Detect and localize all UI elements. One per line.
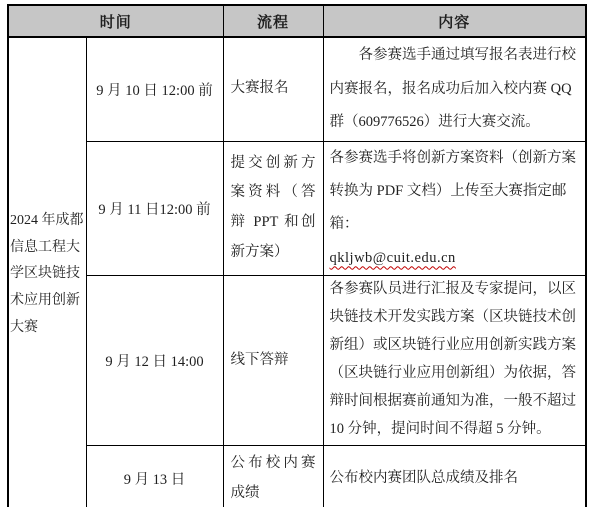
process-cell: 提交创新方案资料（答辩 PPT 和创新方案） [223, 141, 323, 275]
column-header-process: 流程 [223, 5, 323, 37]
table-row-submission: 9 月 11 日12:00 前 提交创新方案资料（答辩 PPT 和创新方案） 各… [8, 141, 586, 275]
time-cell: 9 月 10 日 12:00 前 [86, 37, 223, 141]
column-header-content: 内容 [323, 5, 586, 37]
schedule-table: 时间 流程 内容 2024 年成都信息工程大学区块链技术应用创新大赛 9 月 1… [7, 4, 587, 507]
email-address: qkljwb@cuit.edu.cn [330, 242, 580, 275]
time-cell: 9 月 13 日 [86, 445, 223, 507]
content-cell: 各参赛队员进行汇报及专家提问，以区块链技术开发实践方案（区块链技术创新组）或区块… [323, 275, 586, 445]
process-cell: 公布校内赛成绩 [223, 445, 323, 507]
time-cell: 9 月 12 日 14:00 [86, 275, 223, 445]
content-cell: 各参赛选手通过填写报名表进行校内赛报名，报名成功后加入校内赛 QQ 群（6097… [323, 37, 586, 141]
process-cell: 线下答辩 [223, 275, 323, 445]
table-row-defense: 9 月 12 日 14:00 线下答辩 各参赛队员进行汇报及专家提问，以区块链技… [8, 275, 586, 445]
competition-title-cell: 2024 年成都信息工程大学区块链技术应用创新大赛 [8, 37, 86, 507]
content-cell: 公布校内赛团队总成绩及排名 [323, 445, 586, 507]
document-page: 时间 流程 内容 2024 年成都信息工程大学区块链技术应用创新大赛 9 月 1… [0, 0, 592, 507]
column-header-time: 时间 [8, 5, 223, 37]
content-cell: 各参赛选手将创新方案资料（创新方案转换为 PDF 文档）上传至大赛指定邮箱： q… [323, 141, 586, 275]
process-cell: 大赛报名 [223, 37, 323, 141]
header-row: 时间 流程 内容 [8, 5, 586, 37]
time-cell: 9 月 11 日12:00 前 [86, 141, 223, 275]
table-row-results: 9 月 13 日 公布校内赛成绩 公布校内赛团队总成绩及排名 [8, 445, 586, 507]
content-text: 各参赛选手将创新方案资料（创新方案转换为 PDF 文档）上传至大赛指定邮箱： [330, 150, 577, 233]
table-row-registration: 2024 年成都信息工程大学区块链技术应用创新大赛 9 月 10 日 12:00… [8, 37, 586, 141]
